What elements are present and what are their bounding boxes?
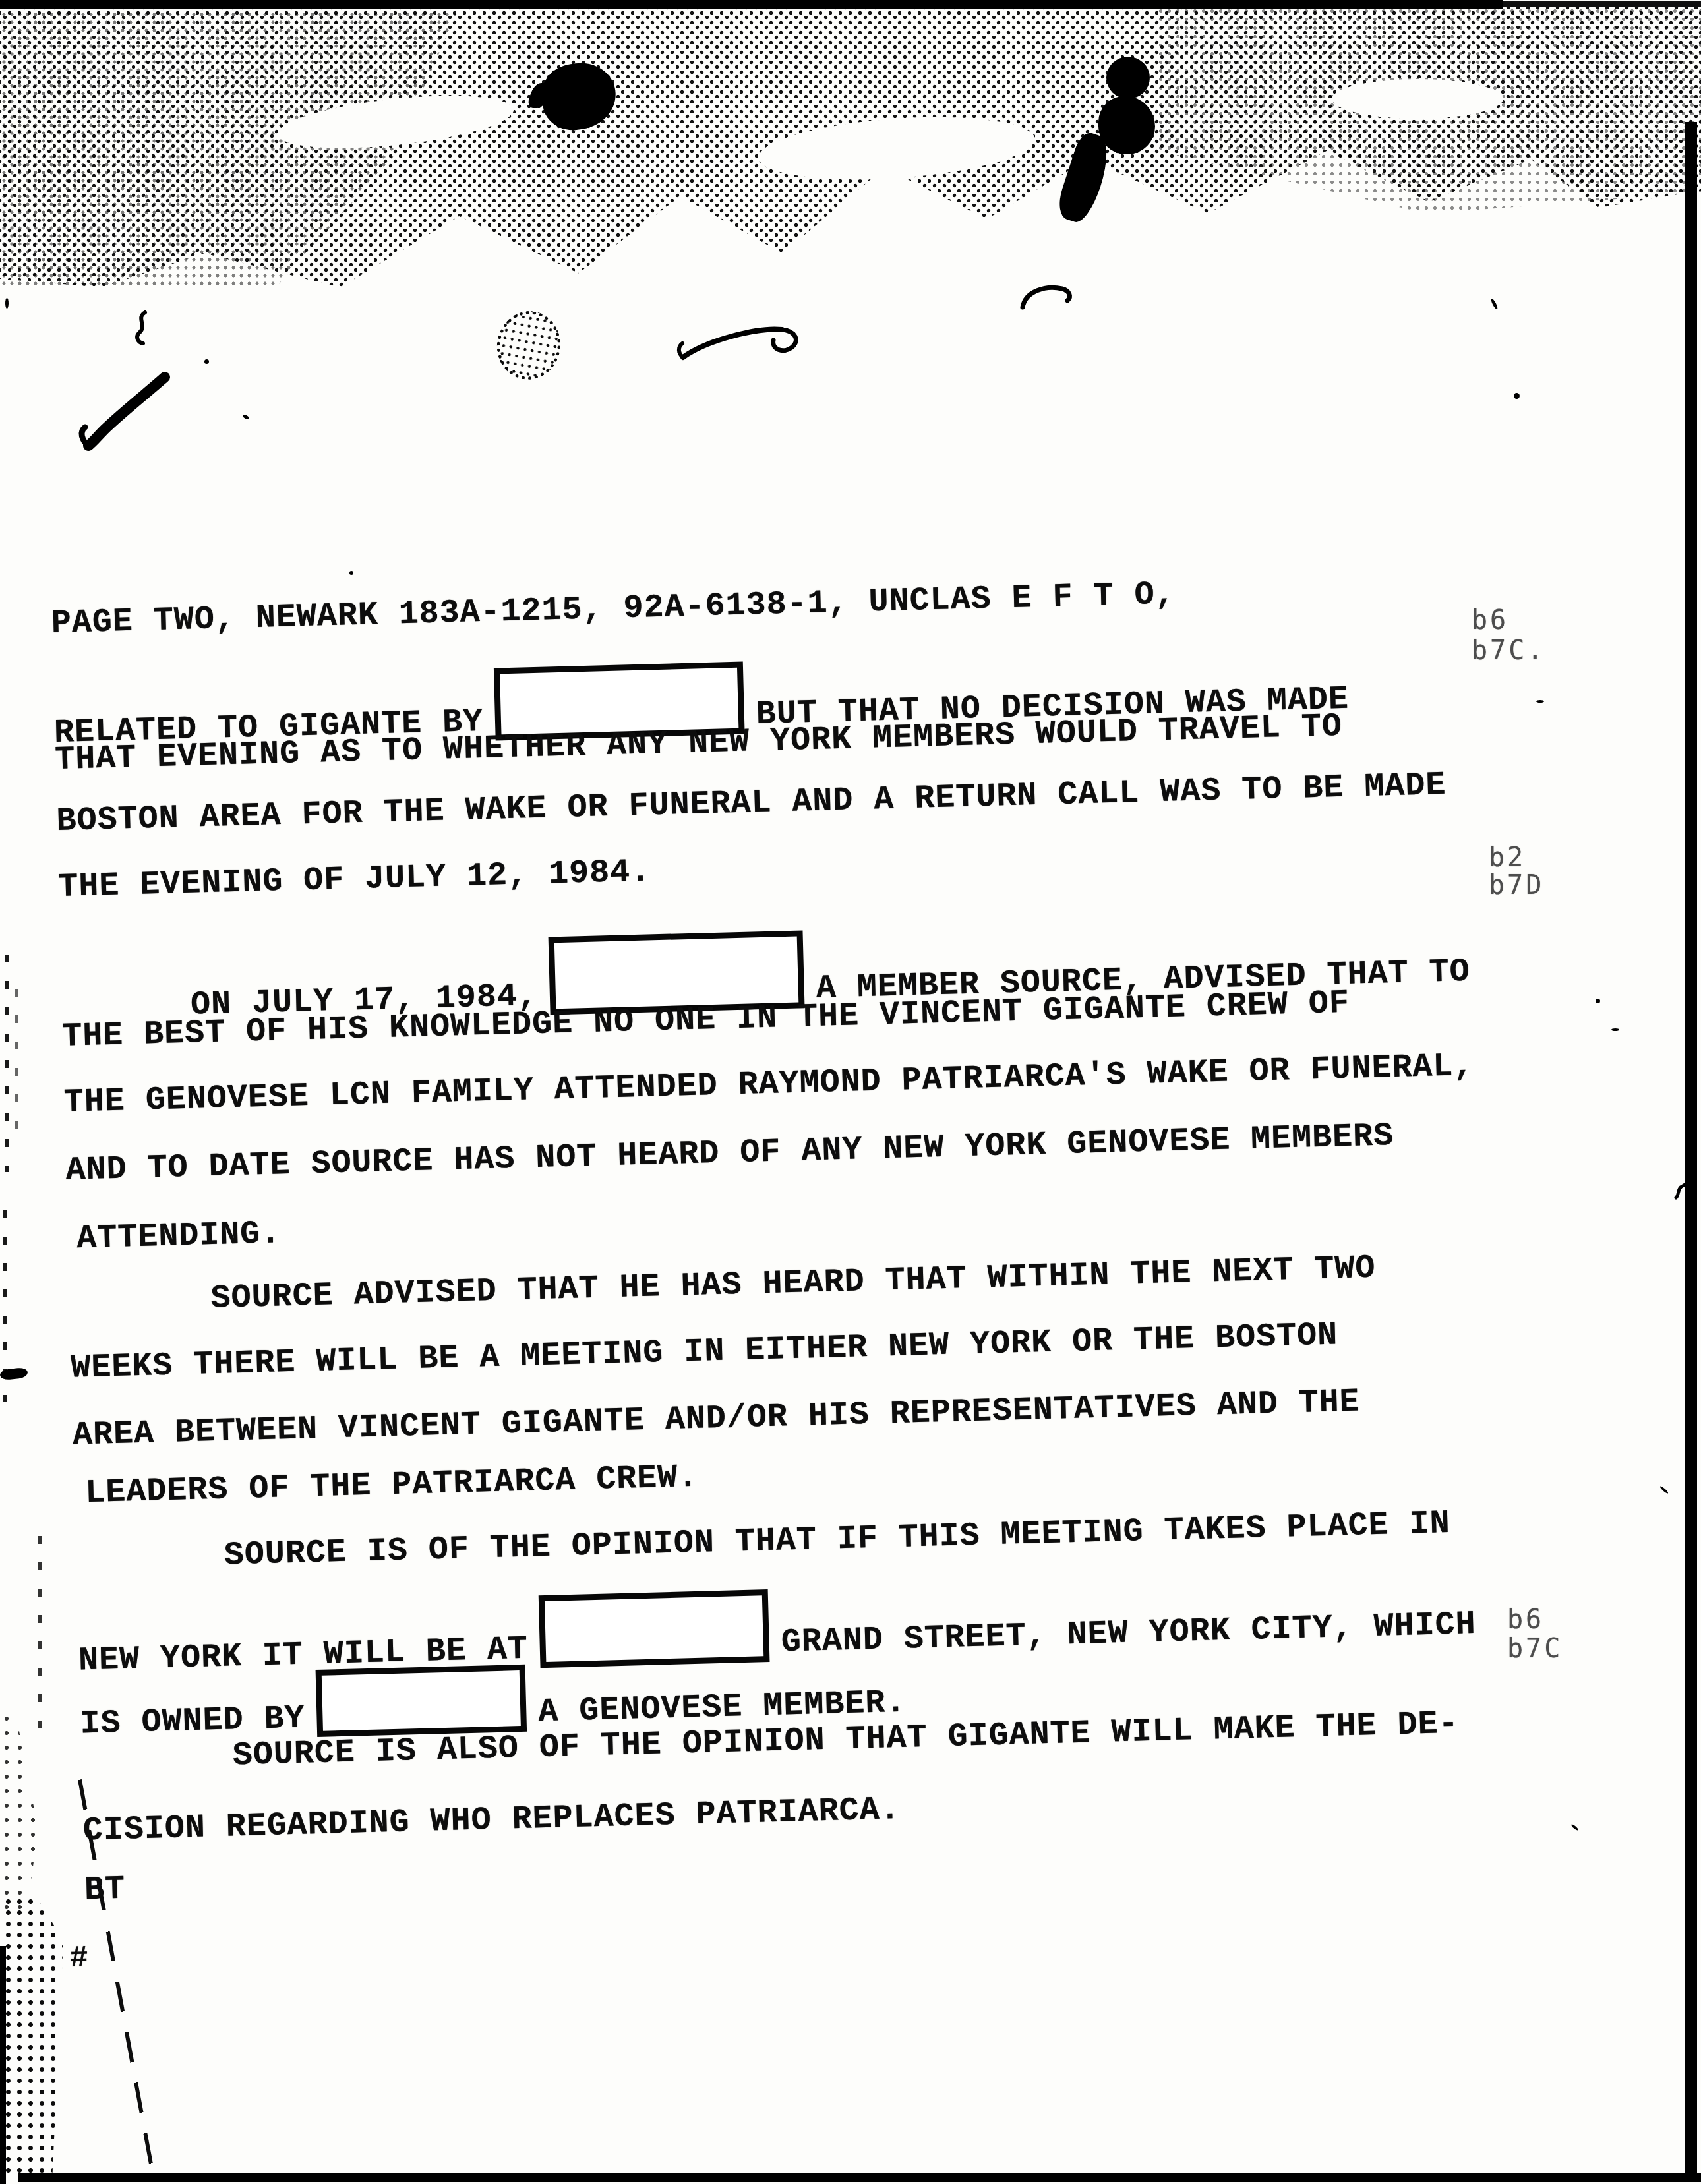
foia-exemption-code: b6: [1507, 1606, 1544, 1634]
line-text: #: [69, 1941, 89, 1975]
redaction-box: [539, 1589, 770, 1668]
foia-exemption-code: b7D: [1489, 871, 1544, 899]
line-text: LEADERS OF THE PATRIARCA CREW.: [85, 1460, 699, 1512]
line-text: AND TO DATE SOURCE HAS NOT HEARD OF ANY …: [65, 1118, 1394, 1190]
foia-exemption-code: b7C.: [1472, 637, 1545, 664]
foia-exemption-code: b6: [1472, 606, 1508, 634]
typewritten-line: BOSTON AREA FOR THE WAKE OR FUNERAL AND …: [56, 767, 1447, 841]
typewritten-line: AND TO DATE SOURCE HAS NOT HEARD OF ANY …: [65, 1118, 1394, 1190]
typewritten-line: LEADERS OF THE PATRIARCA CREW.: [85, 1460, 699, 1512]
fold-crease-line: [38, 1536, 42, 1734]
typewritten-line: WEEKS THERE WILL BE A MEETING IN EITHER …: [71, 1317, 1338, 1387]
edge-tick-marks: [15, 989, 18, 1147]
typewritten-line: THE EVENING OF JULY 12, 1984.: [58, 854, 651, 906]
line-text: GRAND STREET, NEW YORK CITY, WHICH: [781, 1607, 1476, 1662]
line-text: CISION REGARDING WHO REPLACES PATRIARCA.: [82, 1792, 901, 1850]
line-text: SOURCE IS OF THE OPINION THAT IF THIS ME…: [224, 1506, 1450, 1575]
halftone-dot-column: [3, 1896, 63, 2175]
line-text: BT: [84, 1872, 125, 1910]
foia-exemption-code: b2: [1489, 844, 1526, 871]
line-text: THE EVENING OF JULY 12, 1984.: [58, 854, 651, 906]
line-text: BOSTON AREA FOR THE WAKE OR FUNERAL AND …: [56, 767, 1447, 841]
typewritten-line: ATTENDING.: [76, 1216, 282, 1258]
typewritten-text-block: PAGE TWO, NEWARK 183A-1215, 92A-6138-1, …: [35, 0, 1701, 2110]
typewritten-line: SOURCE ADVISED THAT HE HAS HEARD THAT WI…: [210, 1251, 1376, 1318]
typewritten-line: PAGE TWO, NEWARK 183A-1215, 92A-6138-1, …: [51, 576, 1176, 643]
typewritten-line: SOURCE IS OF THE OPINION THAT IF THIS ME…: [224, 1506, 1450, 1575]
foia-exemption-code: b7C: [1507, 1635, 1563, 1663]
line-text: PAGE TWO, NEWARK 183A-1215, 92A-6138-1, …: [51, 576, 1176, 643]
typewritten-line: AREA BETWEEN VINCENT GIGANTE AND/OR HIS …: [72, 1384, 1360, 1455]
teletype-end-bt: BT: [84, 1872, 125, 1910]
scanned-document-page: PAGE TWO, NEWARK 183A-1215, 92A-6138-1, …: [0, 0, 1701, 2184]
line-text: AREA BETWEEN VINCENT GIGANTE AND/OR HIS …: [72, 1384, 1360, 1455]
teletype-end-hash: #: [69, 1941, 89, 1975]
line-text: WEEKS THERE WILL BE A MEETING IN EITHER …: [71, 1317, 1338, 1387]
line-text: SOURCE ADVISED THAT HE HAS HEARD THAT WI…: [210, 1251, 1376, 1318]
redaction-box: [316, 1665, 527, 1737]
halftone-dot-column: [0, 1711, 38, 1909]
typewritten-line: CISION REGARDING WHO REPLACES PATRIARCA.: [82, 1792, 901, 1850]
ink-speck: [5, 298, 9, 309]
scan-edge-strip-bottom: [18, 2173, 1701, 2182]
edge-tick-marks: [5, 955, 9, 1172]
line-text: THE GENOVESE LCN FAMILY ATTENDED RAYMOND…: [63, 1048, 1474, 1122]
typewritten-line: THE GENOVESE LCN FAMILY ATTENDED RAYMOND…: [63, 1048, 1474, 1122]
line-text: ATTENDING.: [76, 1216, 282, 1258]
